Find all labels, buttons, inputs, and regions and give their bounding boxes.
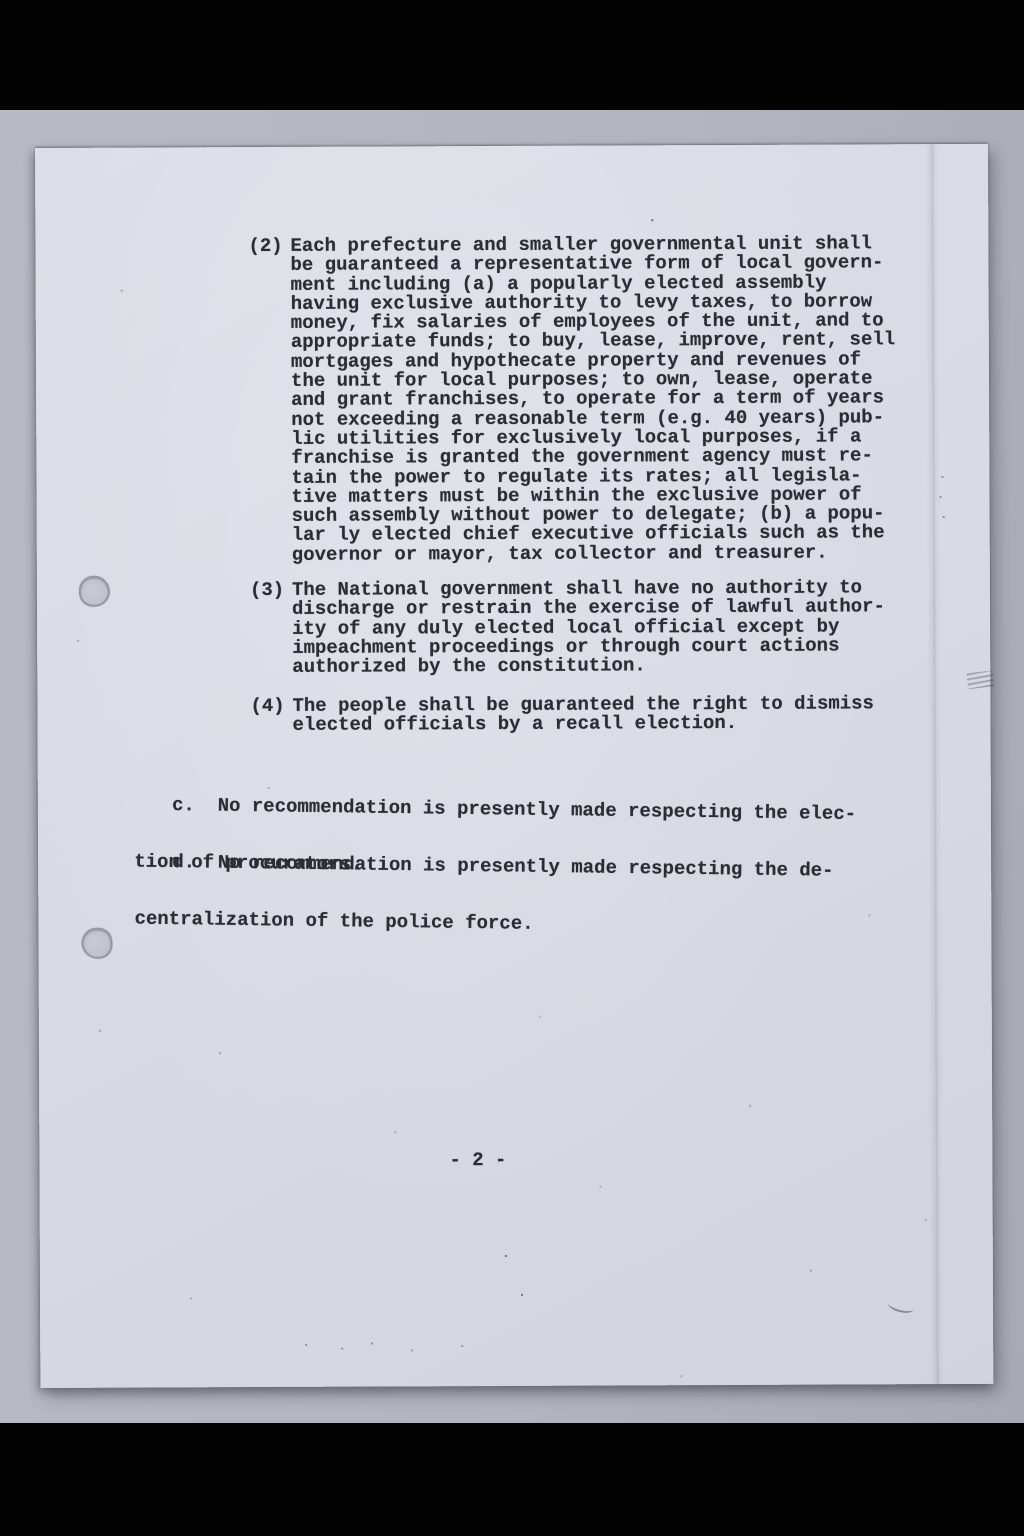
numbered-item-3: (3) The National government shall have n… [37,582,106,659]
numbered-item-4: (4) The people shall be guaranteed the r… [37,698,106,775]
page-number: - 2 - [449,1151,506,1171]
text-line: governor or mayor, tax collector and tre… [292,543,896,565]
numbered-item-2: (2) Each prefecture and smaller governme… [35,238,104,315]
item-text: The National government shall have no au… [292,578,885,677]
item-text: The people shall be guaranteed the right… [292,694,874,735]
punch-hole-bottom [81,928,112,959]
pencil-smudge [967,671,995,690]
item-marker: (2) [248,237,282,256]
item-marker: (4) [250,697,284,716]
text-line: elected officials by a recall election. [292,714,874,736]
paragraph-d: d. No recommendation is presently made r… [134,814,834,978]
scanned-document-photo: (2) Each prefecture and smaller governme… [0,0,1024,1536]
paragraph-continuation-line: centralization of the police force. [134,910,833,938]
paper-crease [925,144,944,1384]
document-page: (2) Each prefecture and smaller governme… [35,144,993,1388]
item-marker: (3) [250,581,284,600]
paragraph-first-line: d. No recommendation is presently made r… [172,853,834,881]
toner-specks [35,148,37,150]
item-text: Each prefecture and smaller governmental… [290,234,896,565]
pencil-squiggle [887,1297,915,1315]
text-line: authorized by the constitution. [292,655,885,677]
